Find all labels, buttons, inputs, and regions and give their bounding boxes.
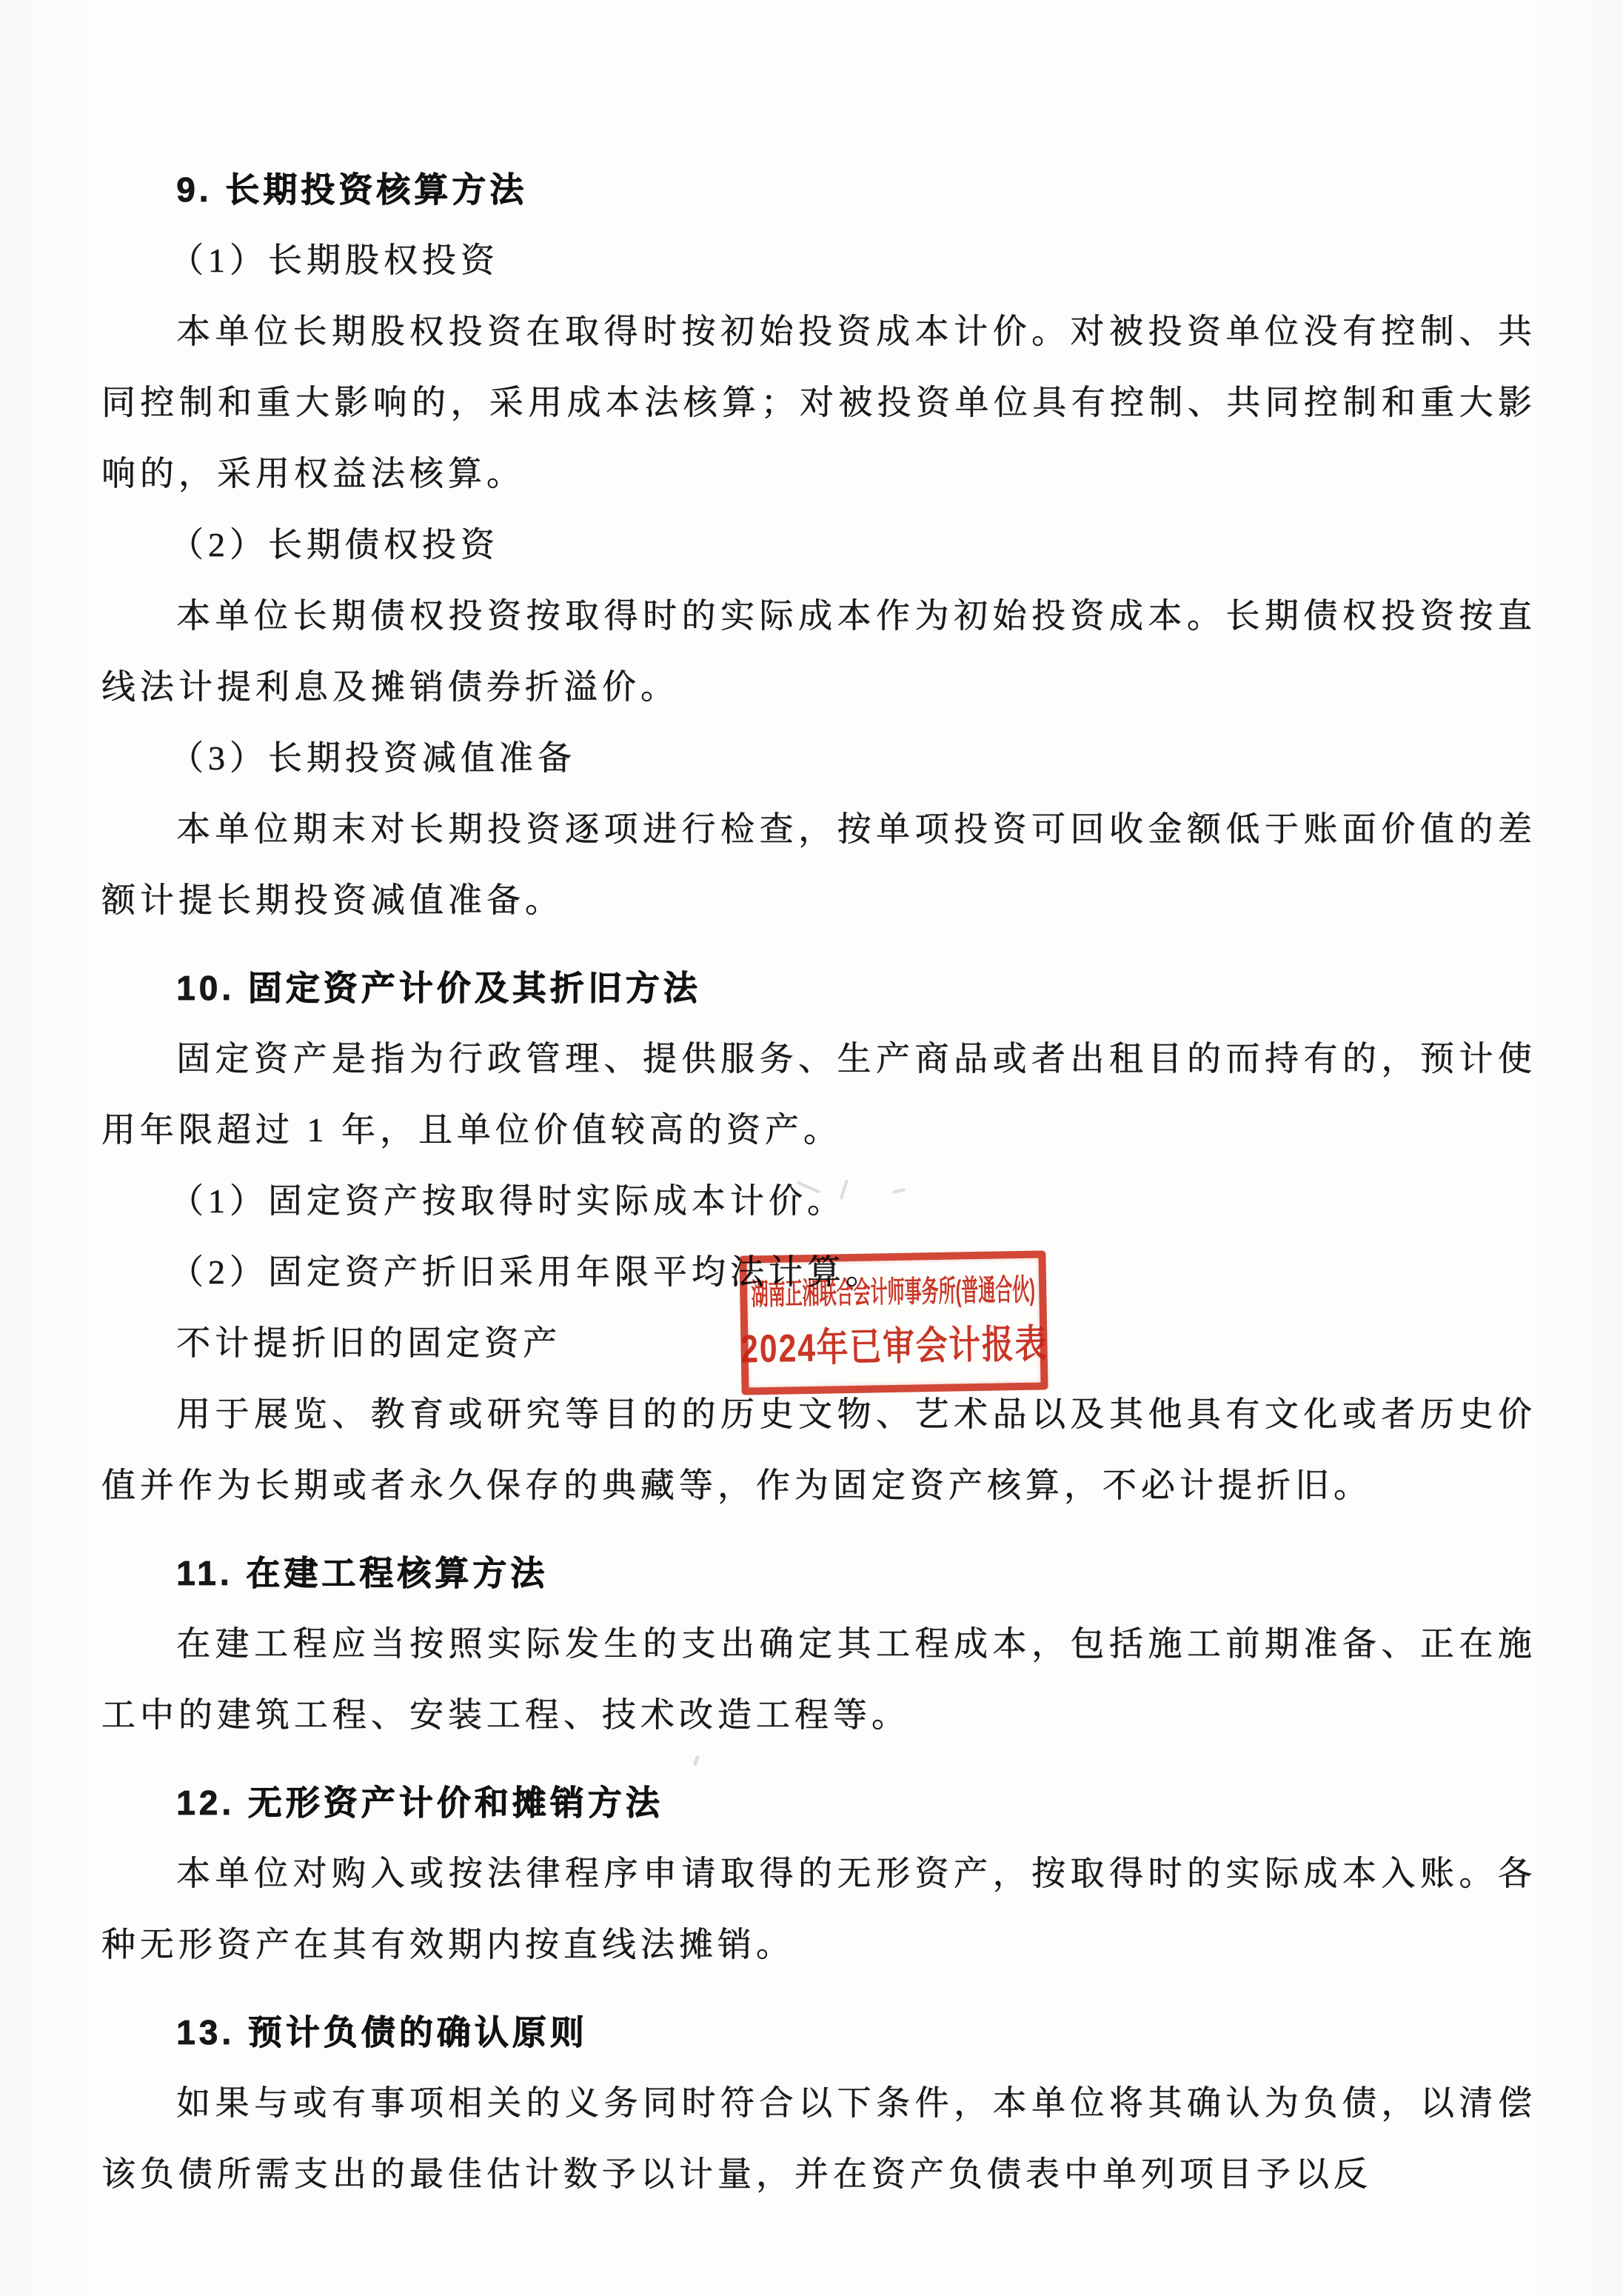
document-body: 9. 长期投资核算方法 （1）长期股权投资 本单位长期股权投资在取得时按初始投资… [101, 138, 1536, 2210]
list-item-10-1: （1）固定资产按取得时实际成本计价。 [101, 1166, 1536, 1237]
paragraph-provision: 如果与或有事项相关的义务同时符合以下条件，本单位将其确认为负债，以清偿该负债所需… [101, 2068, 1536, 2210]
list-item-9-2: （2）长期债权投资 [101, 510, 1536, 581]
paragraph-intangible: 本单位对购入或按法律程序申请取得的无形资产，按取得时的实际成本入账。各种无形资产… [101, 1838, 1536, 1980]
section-heading-12: 12. 无形资产计价和摊销方法 [101, 1767, 1536, 1838]
section-heading-13: 13. 预计负债的确认原则 [101, 1997, 1536, 2068]
paragraph-impairment: 本单位期末对长期投资逐项进行检查，按单项投资可回收金额低于账面价值的差额计提长期… [101, 794, 1536, 936]
section-heading-10: 10. 固定资产计价及其折旧方法 [101, 952, 1536, 1024]
paragraph-fixed-asset-def: 固定资产是指为行政管理、提供服务、生产商品或者出租目的而持有的，预计使用年限超过… [101, 1024, 1536, 1166]
audit-stamp-firm-name: 湖南正湘联合会计师事务所(普通合伙) [751, 1266, 1035, 1313]
paragraph-construction: 在建工程应当按照实际发生的支出确定其工程成本，包括施工前期准备、正在施工中的建筑… [101, 1609, 1536, 1751]
audit-stamp-year-line: 2024年已审会计报表 [740, 1312, 1048, 1374]
audit-stamp: 湖南正湘联合会计师事务所(普通合伙) 2024年已审会计报表 [739, 1250, 1048, 1395]
paragraph-debt-investment: 本单位长期债权投资按取得时的实际成本作为初始投资成本。长期债权投资按直线法计提利… [101, 581, 1536, 723]
list-item-9-3: （3）长期投资减值准备 [101, 723, 1536, 794]
section-heading-11: 11. 在建工程核算方法 [101, 1538, 1536, 1609]
scan-artifact [191, 910, 195, 915]
section-heading-9: 9. 长期投资核算方法 [101, 154, 1536, 225]
paragraph-collections: 用于展览、教育或研究等目的的历史文物、艺术品以及其他具有文化或者历史价值并作为长… [101, 1379, 1536, 1521]
list-item-9-1: （1）长期股权投资 [101, 225, 1536, 296]
scanned-document-page: 9. 长期投资核算方法 （1）长期股权投资 本单位长期股权投资在取得时按初始投资… [0, 0, 1623, 2296]
paragraph-equity-investment: 本单位长期股权投资在取得时按初始投资成本计价。对被投资单位没有控制、共同控制和重… [101, 296, 1536, 510]
